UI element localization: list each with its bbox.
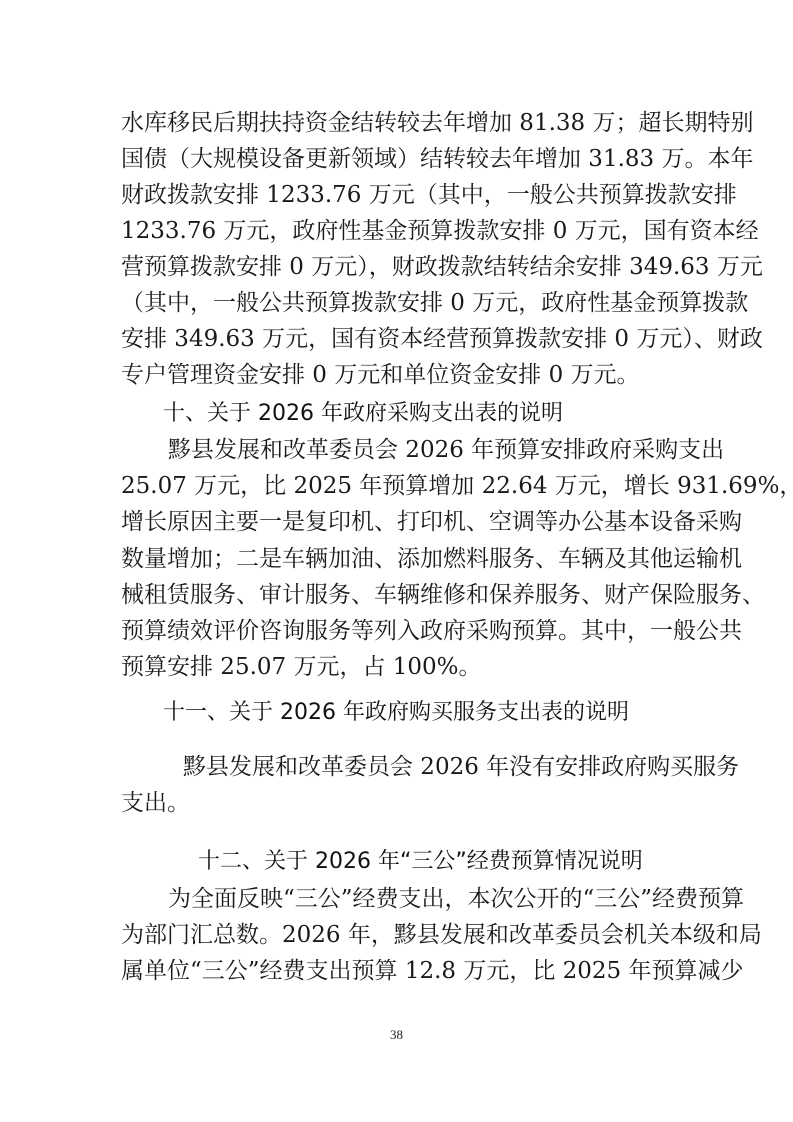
text-line: 械租赁服务、审计服务、车辆维修和保养服务、财产保险服务、 [121,580,711,610]
text-line: 预算绩效评价咨询服务等列入政府采购预算。其中，一般公共 [121,616,711,646]
text-line: （其中，一般公共预算拨款安排 0 万元，政府性基金预算拨款 [121,288,711,318]
text-line: 为全面反映“三公”经费支出，本次公开的“三公”经费预算 [168,884,711,914]
text-line: 为部门汇总数。2026 年，黟县发展和改革委员会机关本级和局 [121,920,711,950]
text-line: 属单位“三公”经费支出预算 12.8 万元，比 2025 年预算减少 [121,956,711,986]
text-line: 专户管理资金安排 0 万元和单位资金安排 0 万元。 [121,360,711,390]
text-line: 增长原因主要一是复印机、打印机、空调等办公基本设备采购 [121,507,711,537]
text-line: 安排 349.63 万元，国有资本经营预算拨款安排 0 万元）、财政 [121,324,711,354]
text-line: 国债（大规模设备更新领域）结转较去年增加 31.83 万。本年 [121,144,711,174]
text-line: 1233.76 万元，政府性基金预算拨款安排 0 万元，国有资本经 [121,216,711,246]
text-line: 25.07 万元，比 2025 年预算增加 22.64 万元，增长 931.69… [121,471,711,501]
text-line: 水库移民后期扶持资金结转较去年增加 81.38 万；超长期特别 [121,108,711,138]
page-number: 38 [0,1027,793,1043]
text-line: 支出。 [121,788,711,818]
text-line: 营预算拨款安排 0 万元），财政拨款结转结余安排 349.63 万元 [121,252,711,282]
text-line: 数量增加；二是车辆加油、添加燃料服务、车辆及其他运输机 [121,544,711,574]
text-line: 财政拨款安排 1233.76 万元（其中，一般公共预算拨款安排 [121,180,711,210]
section-heading-12: 十二、关于 2026 年“三公”经费预算情况说明 [198,847,643,877]
text-line: 预算安排 25.07 万元，占 100%。 [121,652,711,682]
section-heading-11: 十一、关于 2026 年政府购买服务支出表的说明 [163,698,629,728]
text-line: 黟县发展和改革委员会 2026 年预算安排政府采购支出 [168,435,711,465]
text-line: 黟县发展和改革委员会 2026 年没有安排政府购买服务 [183,752,711,782]
section-heading-10: 十、关于 2026 年政府采购支出表的说明 [163,399,563,429]
